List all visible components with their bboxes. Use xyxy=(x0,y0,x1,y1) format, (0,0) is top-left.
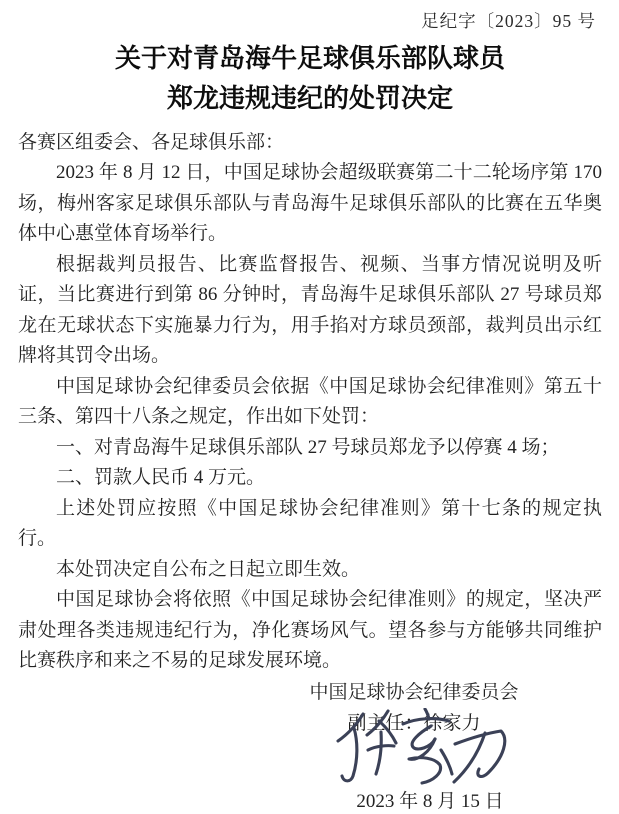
salutation-line: 各赛区组委会、各足球俱乐部： xyxy=(18,128,602,159)
document-date: 2023 年 8 月 15 日 xyxy=(320,786,540,813)
document-title-line-2: 郑龙违规违纪的处罚决定 xyxy=(167,84,453,113)
signoff-organization: 中国足球协会纪律委员会 xyxy=(284,677,544,708)
paragraph-incident-description: 根据裁判员报告、比赛监督报告、视频、当事方情况说明及听证，当比赛进行到第 86 … xyxy=(18,250,602,372)
paragraph-closing-statement: 中国足球协会将依照《中国足球协会纪律准则》的规定，坚决严肃处理各类违规违纪行为，… xyxy=(18,585,602,677)
paragraph-match-info: 2023 年 8 月 12 日，中国足球协会超级联赛第二十二轮场序第 170 场… xyxy=(18,158,602,250)
paragraph-execution-rule: 上述处罚应按照《中国足球协会纪律准则》第十七条的规定执行。 xyxy=(18,494,602,555)
paragraph-effective-date: 本处罚决定自公布之日起立即生效。 xyxy=(18,555,602,586)
signature-ink-icon xyxy=(333,708,513,792)
handwritten-signature xyxy=(333,708,513,792)
document-page: 足纪字〔2023〕95 号 关于对青岛海牛足球俱乐部队球员 郑龙违规违纪的处罚决… xyxy=(0,0,619,814)
paragraph-punishment-1-suspension: 一、对青岛海牛足球俱乐部队 27 号球员郑龙予以停赛 4 场； xyxy=(18,433,602,464)
document-title-line-1: 关于对青岛海牛足球俱乐部队球员 xyxy=(115,44,505,73)
paragraph-rule-basis: 中国足球协会纪律委员会依据《中国足球协会纪律准则》第五十三条、第四十八条之规定，… xyxy=(18,372,602,433)
document-title: 关于对青岛海牛足球俱乐部队球员 郑龙违规违纪的处罚决定 xyxy=(18,39,602,120)
document-number: 足纪字〔2023〕95 号 xyxy=(18,8,602,33)
paragraph-punishment-2-fine: 二、罚款人民币 4 万元。 xyxy=(18,463,602,494)
document-body: 各赛区组委会、各足球俱乐部： 2023 年 8 月 12 日，中国足球协会超级联… xyxy=(18,128,602,677)
